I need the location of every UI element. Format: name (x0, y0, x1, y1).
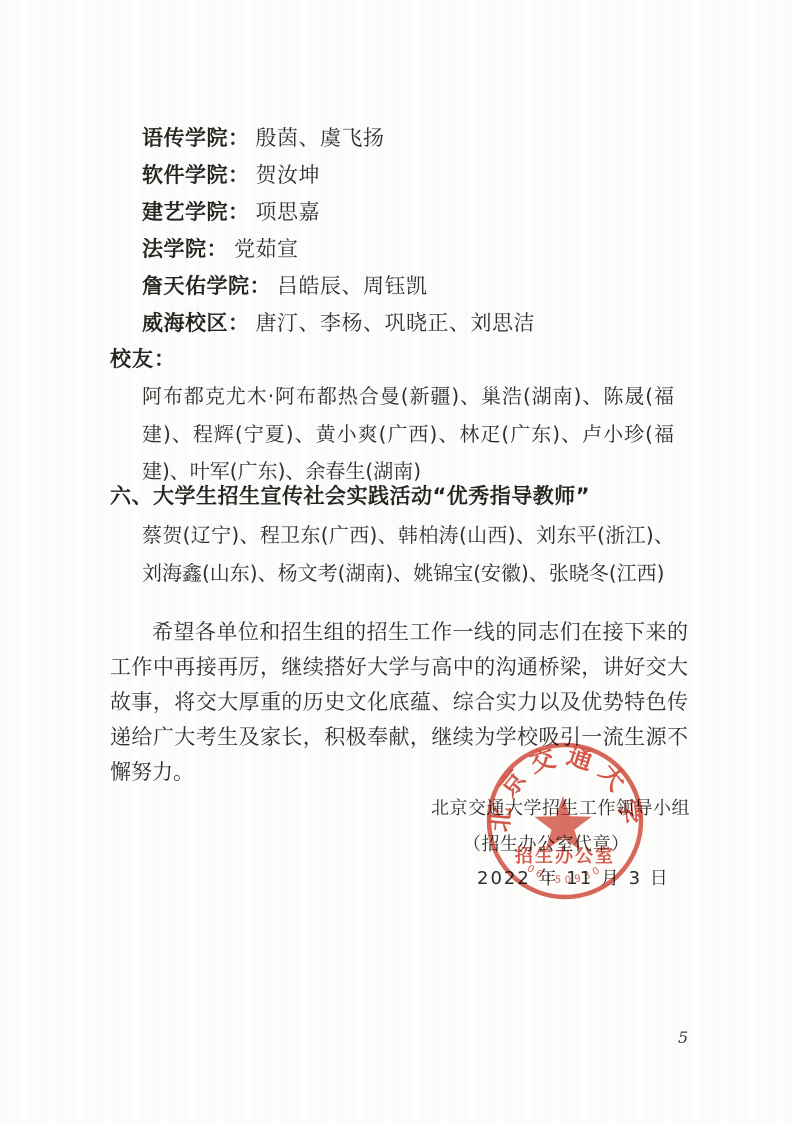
college-label: 软件学院： (142, 163, 250, 187)
section-six-names-paragraph: 蔡贺(辽宁)、程卫东(广西)、韩柏涛(山西)、刘东平(浙江)、刘海鑫(山东)、杨… (142, 516, 674, 592)
college-names: 唐汀、李杨、巩晓正、刘思洁 (256, 311, 536, 335)
college-line: 詹天佑学院：吕皓辰、周钰凯 (142, 268, 535, 305)
college-names: 吕皓辰、周钰凯 (277, 274, 428, 298)
college-names: 党茹宣 (234, 237, 299, 261)
alumni-heading: 校友： (110, 343, 176, 373)
college-line: 建艺学院：项思嘉 (142, 194, 535, 231)
page-number: 5 (678, 1028, 688, 1047)
college-line: 软件学院：贺汝坤 (142, 157, 535, 194)
seal-office-text: 招生办公室 (514, 845, 615, 867)
college-line: 语传学院：殷茵、虞飞扬 (142, 120, 535, 157)
college-label: 建艺学院： (142, 200, 250, 224)
college-label: 詹天佑学院： (142, 274, 271, 298)
official-seal-stamp: 北京交通大学 招生办公室 06150930 (480, 736, 650, 906)
college-label: 威海校区： (142, 311, 250, 335)
college-label: 法学院： (142, 237, 228, 261)
alumni-names-paragraph: 阿布都克尤木·阿布都热合曼(新疆)、巢浩(湖南)、陈晟(福建)、程辉(宁夏)、黄… (142, 378, 674, 491)
college-names: 贺汝坤 (256, 163, 321, 187)
college-names: 项思嘉 (256, 200, 321, 224)
college-names: 殷茵、虞飞扬 (256, 126, 385, 150)
college-line: 法学院：党茹宣 (142, 231, 535, 268)
college-line: 威海校区：唐汀、李杨、巩晓正、刘思洁 (142, 305, 535, 342)
college-award-list: 语传学院：殷茵、虞飞扬 软件学院：贺汝坤 建艺学院：项思嘉 法学院：党茹宣 詹天… (142, 120, 535, 342)
college-label: 语传学院： (142, 126, 250, 150)
section-six-heading: 六、大学生招生宣传社会实践活动“优秀指导教师” (110, 480, 590, 510)
document-page: 语传学院：殷茵、虞飞扬 软件学院：贺汝坤 建艺学院：项思嘉 法学院：党茹宣 詹天… (0, 0, 794, 1123)
star-icon (535, 796, 592, 850)
